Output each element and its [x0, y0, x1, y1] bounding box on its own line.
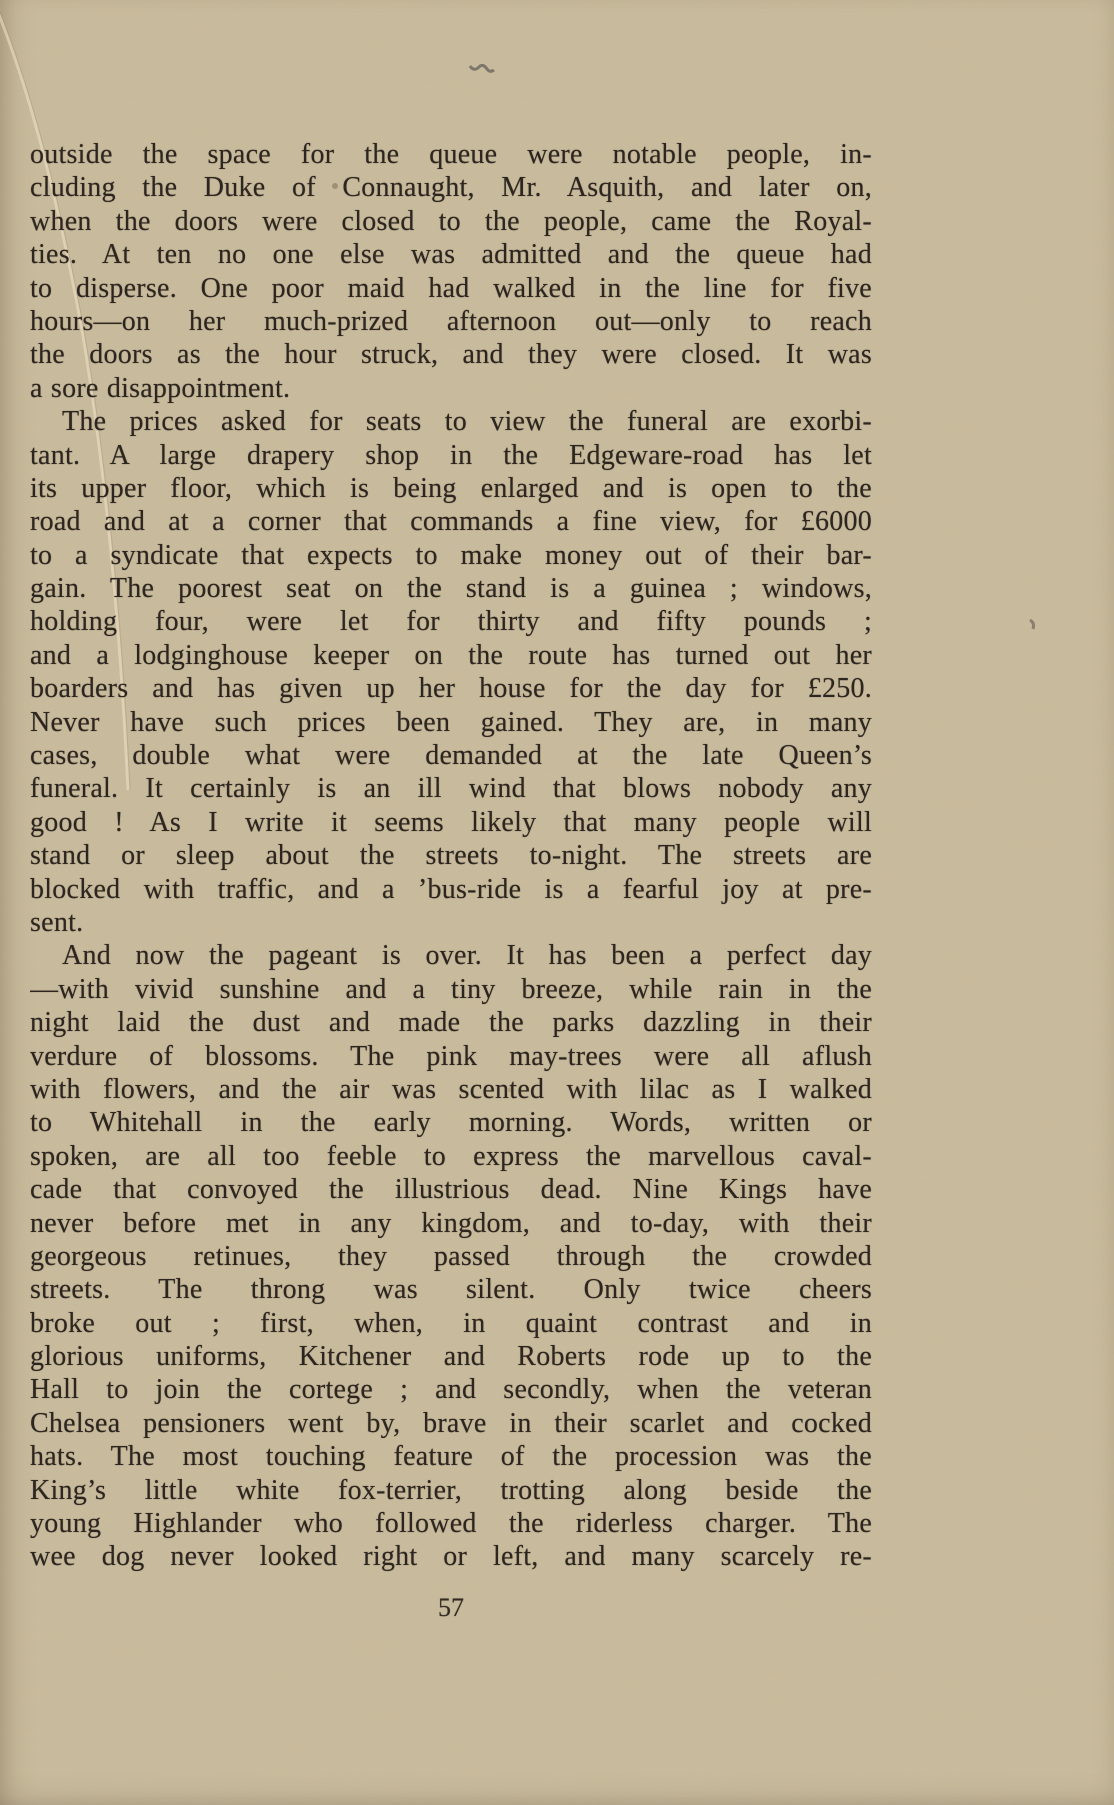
text-line: The prices asked for seats to view the f… — [30, 405, 872, 438]
text-line: blocked with traffic, and a ’bus-ride is… — [30, 873, 872, 906]
text-line: road and at a corner that commands a fin… — [30, 505, 872, 538]
text-line: Never have such prices been gained. They… — [30, 706, 872, 739]
text-line: And now the pageant is over. It has been… — [30, 939, 872, 972]
text-line: its upper floor, which is being enlarged… — [30, 472, 872, 505]
text-line: to Whitehall in the early morning. Words… — [30, 1106, 872, 1139]
text-line: sent. — [30, 906, 872, 939]
text-line: young Highlander who followed the riderl… — [30, 1507, 872, 1540]
text-line: a sore disappointment. — [30, 372, 872, 405]
text-line: Chelsea pensioners went by, brave in the… — [30, 1407, 872, 1440]
text-line: ties. At ten no one else was admitted an… — [30, 238, 872, 271]
text-line: and a lodginghouse keeper on the route h… — [30, 639, 872, 672]
text-line: cases, double what were demanded at the … — [30, 739, 872, 772]
text-line: hats. The most touching feature of the p… — [30, 1440, 872, 1473]
text-line: Hall to join the cortege ; and secondly,… — [30, 1373, 872, 1406]
text-line: outside the space for the queue were not… — [30, 138, 872, 171]
page-number: 57 — [30, 1593, 872, 1623]
text-line: when the doors were closed to the people… — [30, 205, 872, 238]
text-line: funeral. It certainly is an ill wind tha… — [30, 772, 872, 805]
text-line: glorious uniforms, Kitchener and Roberts… — [30, 1340, 872, 1373]
ink-speck-top — [470, 65, 494, 71]
ink-speck-margin — [1030, 620, 1034, 629]
text-line: with flowers, and the air was scented wi… — [30, 1073, 872, 1106]
text-line: night laid the dust and made the parks d… — [30, 1006, 872, 1039]
text-line: the doors as the hour struck, and they w… — [30, 338, 872, 371]
text-line: hours—on her much-prized afternoon out—o… — [30, 305, 872, 338]
text-line: streets. The throng was silent. Only twi… — [30, 1273, 872, 1306]
text-line: good ! As I write it seems likely that m… — [30, 806, 872, 839]
text-line: cluding the Duke of Connaught, Mr. Asqui… — [30, 171, 872, 204]
text-line: verdure of blossoms. The pink may-trees … — [30, 1040, 872, 1073]
text-line: gain. The poorest seat on the stand is a… — [30, 572, 872, 605]
page-text-block: outside the space for the queue were not… — [30, 138, 872, 1574]
text-line: spoken, are all too feeble to express th… — [30, 1140, 872, 1173]
text-line: georgeous retinues, they passed through … — [30, 1240, 872, 1273]
text-line: to disperse. One poor maid had walked in… — [30, 272, 872, 305]
scanned-book-page: outside the space for the queue were not… — [0, 0, 1114, 1805]
text-line: holding four, were let for thirty and fi… — [30, 605, 872, 638]
text-line: stand or sleep about the streets to-nigh… — [30, 839, 872, 872]
text-line: tant. A large drapery shop in the Edgewa… — [30, 439, 872, 472]
text-line: King’s little white fox-terrier, trottin… — [30, 1474, 872, 1507]
text-line: wee dog never looked right or left, and … — [30, 1540, 872, 1573]
text-line: cade that convoyed the illustrious dead.… — [30, 1173, 872, 1206]
text-line: —with vivid sunshine and a tiny breeze, … — [30, 973, 872, 1006]
text-line: broke out ; first, when, in quaint contr… — [30, 1307, 872, 1340]
text-line: to a syndicate that expects to make mone… — [30, 539, 872, 572]
text-line: boarders and has given up her house for … — [30, 672, 872, 705]
text-line: never before met in any kingdom, and to-… — [30, 1207, 872, 1240]
